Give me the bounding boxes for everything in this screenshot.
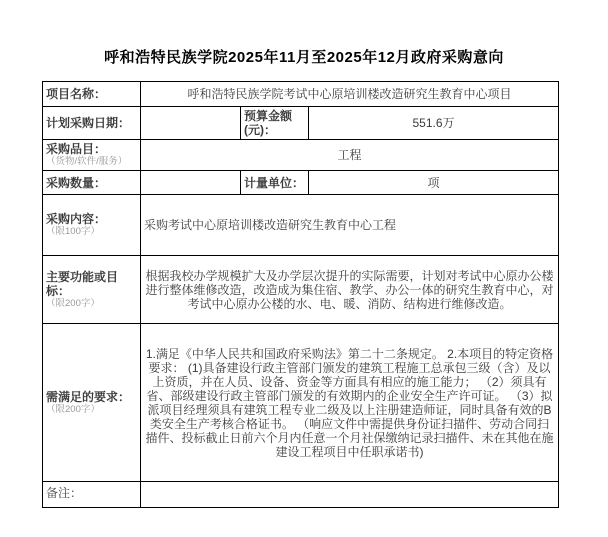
content-value: 采购考试中心原培训楼改造研究生教育中心工程 bbox=[141, 195, 559, 256]
requirements-label: 需满足的要求： bbox=[46, 390, 130, 404]
content-label-cell: 采购内容： （限100字） bbox=[43, 195, 141, 256]
goals-label: 主要功能或目标： bbox=[46, 270, 118, 298]
content-note: （限100字） bbox=[46, 226, 137, 238]
planned-date-value bbox=[141, 107, 241, 140]
requirements-label-cell: 需满足的要求： （限200字） bbox=[43, 324, 141, 482]
unit-label: 计量单位： bbox=[241, 171, 309, 195]
row-remarks: 备注： bbox=[43, 482, 559, 508]
unit-value: 项 bbox=[309, 171, 559, 195]
category-note: （货物/软件/服务） bbox=[46, 156, 137, 168]
row-date-budget: 计划采购日期： 预算金额(元)： 551.6万 bbox=[43, 107, 559, 140]
remarks-value bbox=[141, 482, 559, 508]
category-label: 采购品目： bbox=[46, 142, 106, 156]
quantity-label: 采购数量： bbox=[43, 171, 141, 195]
project-name-label: 项目名称： bbox=[43, 82, 141, 107]
planned-date-label: 计划采购日期： bbox=[43, 107, 141, 140]
content-label: 采购内容： bbox=[46, 212, 106, 226]
row-project-name: 项目名称： 呼和浩特民族学院考试中心原培训楼改造研究生教育中心项目 bbox=[43, 82, 559, 107]
goals-value: 根据我校办学规模扩大及办学层次提升的实际需要，计划对考试中心原办公楼进行整体维修… bbox=[141, 256, 559, 324]
category-value: 工程 bbox=[141, 140, 559, 171]
row-requirements: 需满足的要求： （限200字） 1.满足《中华人民共和国政府采购法》第二十二条规… bbox=[43, 324, 559, 482]
procurement-form-table: 项目名称： 呼和浩特民族学院考试中心原培训楼改造研究生教育中心项目 计划采购日期… bbox=[42, 81, 559, 508]
category-label-cell: 采购品目： （货物/软件/服务） bbox=[43, 140, 141, 171]
quantity-value bbox=[141, 171, 241, 195]
page-title: 呼和浩特民族学院2025年11月至2025年12月政府采购意向 bbox=[0, 46, 608, 67]
row-quantity-unit: 采购数量： 计量单位： 项 bbox=[43, 171, 559, 195]
budget-value: 551.6万 bbox=[309, 107, 559, 140]
row-category: 采购品目： （货物/软件/服务） 工程 bbox=[43, 140, 559, 171]
requirements-value: 1.满足《中华人民共和国政府采购法》第二十二条规定。 2.本项目的特定资格要求：… bbox=[141, 324, 559, 482]
remarks-label: 备注： bbox=[43, 482, 141, 508]
budget-label: 预算金额(元)： bbox=[241, 107, 309, 140]
row-content: 采购内容： （限100字） 采购考试中心原培训楼改造研究生教育中心工程 bbox=[43, 195, 559, 256]
project-name-value: 呼和浩特民族学院考试中心原培训楼改造研究生教育中心项目 bbox=[141, 82, 559, 107]
goals-label-cell: 主要功能或目标： （限200字） bbox=[43, 256, 141, 324]
goals-note: （限200字） bbox=[46, 298, 137, 310]
row-goals: 主要功能或目标： （限200字） 根据我校办学规模扩大及办学层次提升的实际需要，… bbox=[43, 256, 559, 324]
requirements-note: （限200字） bbox=[46, 404, 137, 416]
